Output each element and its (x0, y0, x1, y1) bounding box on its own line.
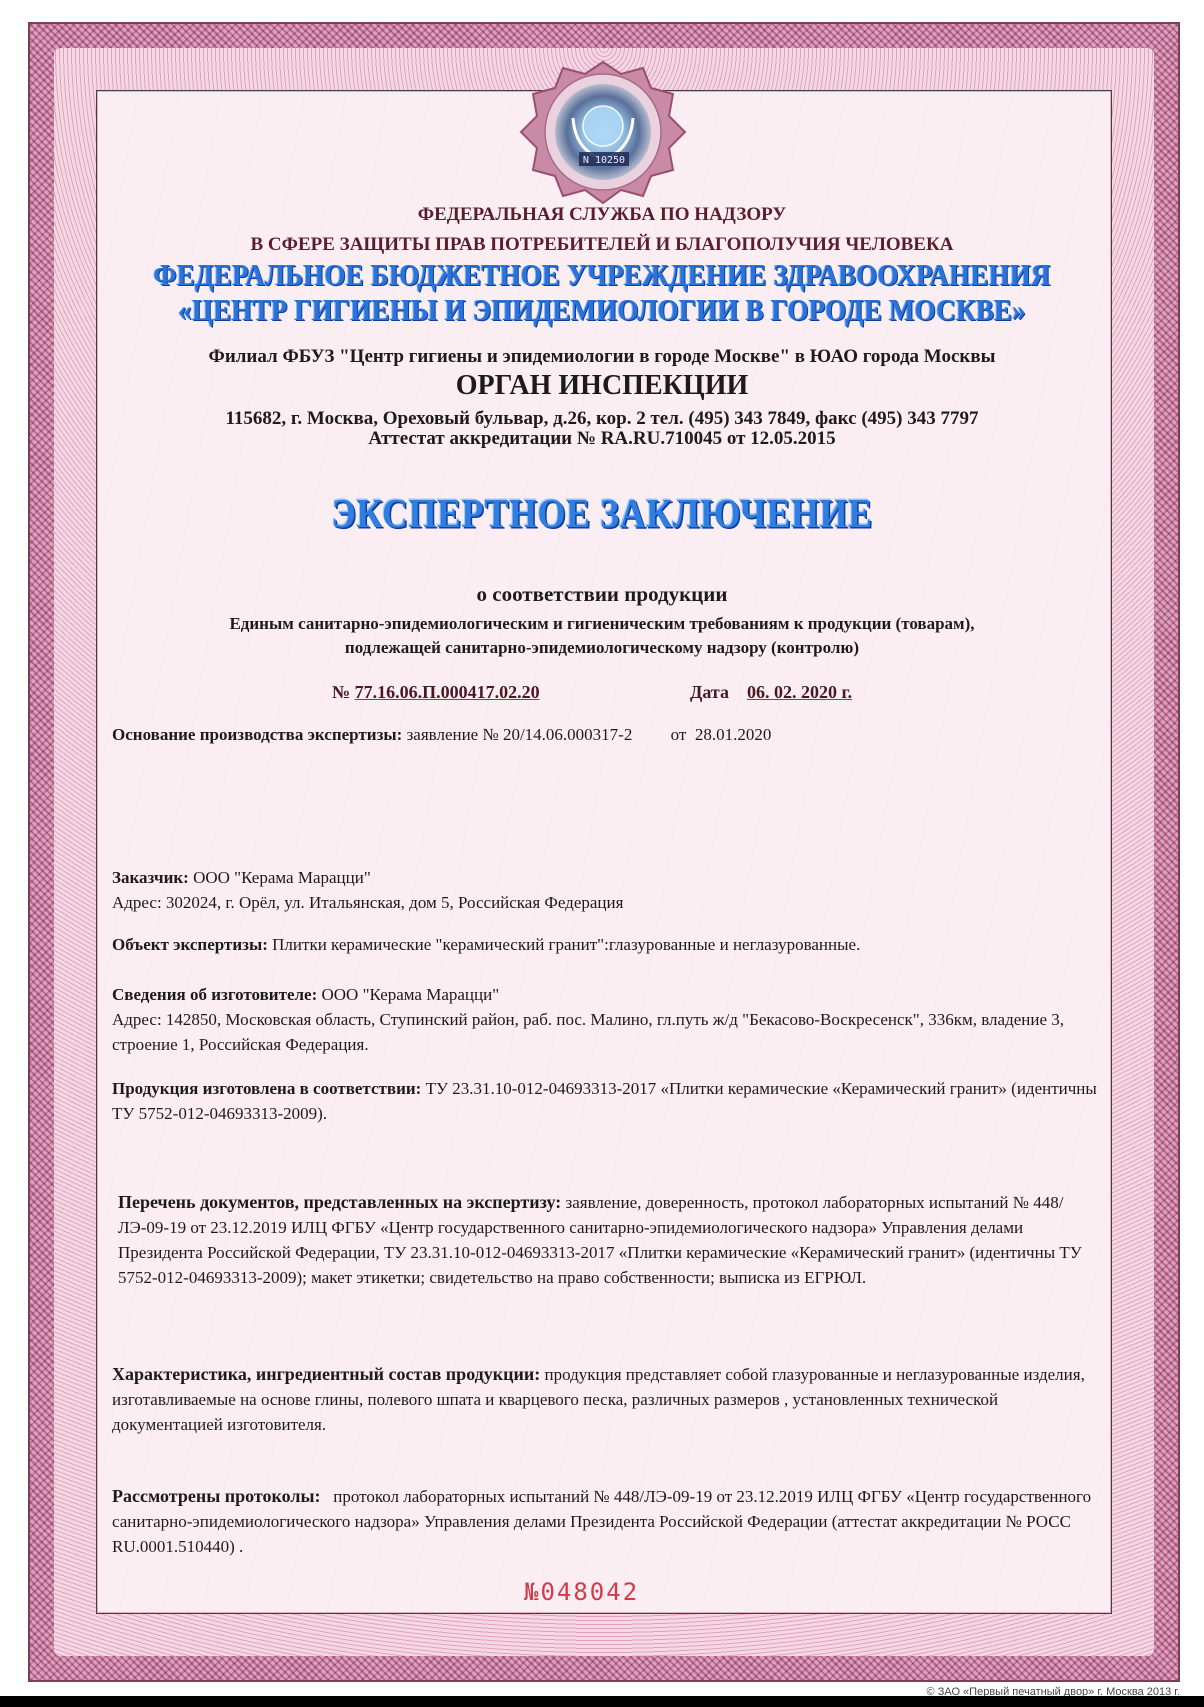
agency-line-2: В СФЕРЕ ЗАЩИТЫ ПРАВ ПОТРЕБИТЕЛЕЙ И БЛАГО… (0, 234, 1204, 256)
number-value: 77.16.06.П.000417.02.20 (355, 682, 540, 702)
hologram-seal-emblem-icon: N 10250 (513, 60, 693, 205)
object-label: Объект экспертизы: (112, 935, 268, 954)
protocols-label: Рассмотрены протоколы: (112, 1486, 321, 1506)
customer-label: Заказчик: (112, 868, 189, 887)
customer-value: ООО "Керама Марацци" (193, 868, 371, 887)
institution-line-1: ФЕДЕРАЛЬНОЕ БЮДЖЕТНОЕ УЧРЕЖДЕНИЕ ЗДРАВОО… (0, 258, 1204, 293)
inspection-body: ОРГАН ИНСПЕКЦИИ (0, 370, 1204, 402)
branch-address: 115682, г. Москва, Ореховый бульвар, д.2… (0, 408, 1204, 430)
manufacturer-address: Адрес: 142850, Московская область, Ступи… (112, 1007, 1102, 1057)
basis-from-label: от (671, 725, 687, 744)
date-value: 06. 02. 2020 г. (747, 682, 852, 702)
protocols-section: Рассмотрены протоколы: протокол лаборато… (112, 1484, 1102, 1559)
composition-label: Характеристика, ингредиентный состав про… (112, 1364, 540, 1384)
scan-bottom-edge (0, 1696, 1204, 1707)
produced-label: Продукция изготовлена в соответствии: (112, 1079, 421, 1098)
basis-from-value: 28.01.2020 (695, 725, 772, 744)
document-subtitle: о соответствии продукции (0, 582, 1204, 607)
form-serial-number: №048042 (524, 1578, 639, 1606)
agency-line-1: ФЕДЕРАЛЬНАЯ СЛУЖБА ПО НАДЗОРУ (0, 204, 1204, 226)
requirements-line-2: подлежащей санитарно-эпидемиологическому… (0, 638, 1204, 658)
svg-text:N 10250: N 10250 (583, 155, 625, 166)
institution-line-2: «ЦЕНТР ГИГИЕНЫ И ЭПИДЕМИОЛОГИИ В ГОРОДЕ … (0, 293, 1204, 328)
customer-section: Заказчик: ООО "Керама Марацци" Адрес: 30… (112, 865, 1102, 915)
documents-label: Перечень документов, представленных на э… (118, 1192, 561, 1212)
conclusion-date: Дата 06. 02. 2020 г. (690, 682, 852, 703)
documents-section: Перечень документов, представленных на э… (118, 1190, 1098, 1290)
object-section: Объект экспертизы: Плитки керамические "… (112, 932, 1102, 957)
manufacturer-section: Сведения об изготовителе: ООО "Керама Ма… (112, 982, 1102, 1057)
conclusion-number: № 77.16.06.П.000417.02.20 (332, 682, 540, 703)
branch-name: Филиал ФБУЗ "Центр гигиены и эпидемиолог… (0, 346, 1204, 368)
customer-address: Адрес: 302024, г. Орёл, ул. Итальянская,… (112, 890, 1102, 915)
manufacturer-label: Сведения об изготовителе: (112, 985, 317, 1004)
requirements-line-1: Единым санитарно-эпидемиологическим и ги… (0, 614, 1204, 634)
expertise-basis: Основание производства экспертизы: заявл… (112, 722, 1102, 747)
produced-section: Продукция изготовлена в соответствии: ТУ… (112, 1076, 1102, 1126)
document-title: ЭКСПЕРТНОЕ ЗАКЛЮЧЕНИЕ (0, 489, 1204, 537)
basis-label: Основание производства экспертизы: (112, 725, 402, 744)
basis-value: заявление № 20/14.06.000317-2 (407, 725, 633, 744)
composition-section: Характеристика, ингредиентный состав про… (112, 1362, 1102, 1437)
date-label: Дата (690, 682, 729, 702)
manufacturer-value: ООО "Керама Марацци" (321, 985, 499, 1004)
accreditation: Аттестат аккредитации № RA.RU.710045 от … (0, 428, 1204, 450)
object-value: Плитки керамические "керамический гранит… (272, 935, 860, 954)
number-label: № (332, 682, 350, 702)
